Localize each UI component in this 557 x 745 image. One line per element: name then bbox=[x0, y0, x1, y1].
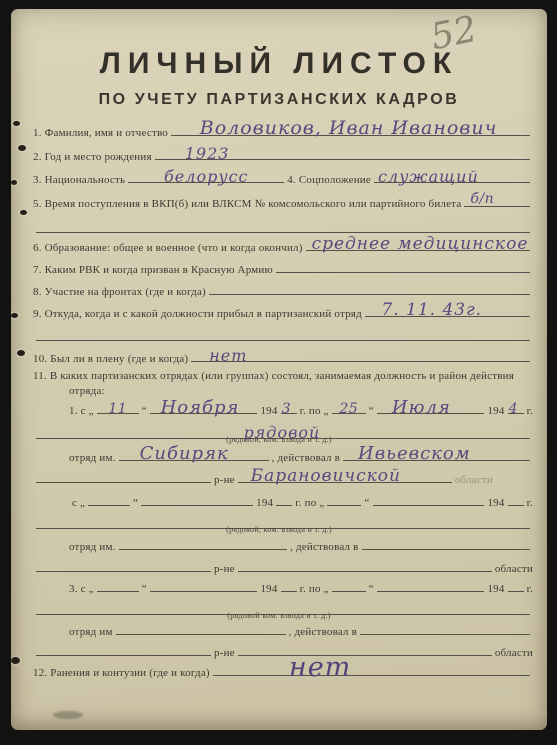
field-wounds-label: 12. Ранения и контузии (где и когда) bbox=[33, 667, 210, 679]
field-arrival-row: 9. Откуда, когда и с какой должности при… bbox=[33, 306, 533, 320]
ruled-line bbox=[97, 581, 139, 592]
ruled-line bbox=[36, 645, 211, 656]
ruled-line bbox=[377, 581, 485, 592]
entry1-district-row: р-не Барановичской области bbox=[33, 472, 533, 486]
field-party-extra-line bbox=[33, 222, 533, 233]
ruled-line: 3 bbox=[281, 403, 297, 414]
entry2-district-row: р-не области bbox=[33, 561, 533, 575]
ruled-line bbox=[332, 581, 366, 592]
entry2-date-row: с „ “ 194 г. по „ “ 194 г. bbox=[33, 495, 533, 509]
entry1-from-year: 3 bbox=[282, 402, 291, 416]
ruled-line: 11 bbox=[97, 403, 139, 414]
ruled-line: Воловиков, Иван Иванович bbox=[171, 125, 530, 136]
ruled-line: 7. 11. 43г. bbox=[365, 306, 530, 317]
entry1-oblast-label: области bbox=[455, 474, 493, 486]
ruled-line bbox=[88, 495, 130, 506]
entry1-from-month: Ноября bbox=[161, 399, 240, 417]
ruled-line: служащий bbox=[374, 172, 530, 183]
entry2-position-caption: (рядовой, ком. взвода и т. д.) bbox=[11, 525, 547, 534]
ruled-line bbox=[150, 581, 258, 592]
field-captivity-value: нет bbox=[209, 348, 247, 364]
entry3-oblast-label: области bbox=[495, 647, 533, 659]
field-party-value: б/п bbox=[470, 192, 494, 206]
ruled-line: нет bbox=[191, 351, 530, 362]
page-title: ЛИЧНЫЙ ЛИСТОК bbox=[11, 47, 547, 81]
page-subtitle: ПО УЧЕТУ ПАРТИЗАНСКИХ КАДРОВ bbox=[11, 91, 547, 109]
field-education-row: 6. Образование: общее и военное (что и к… bbox=[33, 240, 533, 254]
field-rvk-row: 7. Каким РВК и когда призван в Красную А… bbox=[33, 262, 533, 276]
field-education-value: среднее медицинское bbox=[312, 236, 529, 253]
ruled-line bbox=[209, 284, 530, 295]
entry1-district-value: Барановичской bbox=[251, 468, 401, 485]
ruled-line bbox=[360, 624, 530, 635]
ruled-line bbox=[373, 495, 485, 506]
ruled-line bbox=[36, 561, 211, 572]
paper-hole bbox=[11, 180, 17, 185]
field-birth-row: 2. Год и место рождения 1923 bbox=[33, 149, 533, 163]
field-units-heading-line2: отряда: bbox=[33, 385, 533, 397]
entry2-oblast-label: области bbox=[495, 563, 533, 575]
ruled-line bbox=[238, 561, 492, 572]
entry1-unit-row: отряд им. Сибиряк , действовал в Ивьевск… bbox=[33, 450, 533, 464]
field-captivity-row: 10. Был ли в плену (где и когда) нет bbox=[33, 351, 533, 365]
entry1-to-month: Июля bbox=[392, 399, 451, 417]
field-wounds-row: 12. Ранения и контузии (где и когда) нет bbox=[33, 665, 533, 679]
field-fronts-label: 8. Участие на фронтах (где и когда) bbox=[33, 286, 206, 298]
ruled-line bbox=[281, 581, 297, 592]
field-arrival-value: 7. 11. 43г. bbox=[381, 302, 482, 319]
field-party-label: 5. Время поступления в ВКП(б) или ВЛКСМ … bbox=[33, 198, 461, 210]
scan-background: { "page": { "title": "ЛИЧНЫЙ ЛИСТОК", "s… bbox=[0, 0, 557, 745]
paper-hole bbox=[11, 657, 20, 664]
ruled-line bbox=[276, 262, 530, 273]
field-wounds-value: нет bbox=[289, 654, 351, 681]
field-units-heading-line1: 11. В каких партизанских отрядах (или гр… bbox=[33, 370, 533, 382]
ruled-line: нет bbox=[213, 665, 530, 676]
field-birth-label: 2. Год и место рождения bbox=[33, 151, 152, 163]
field-education-label: 6. Образование: общее и военное (что и к… bbox=[33, 242, 303, 254]
paper-hole bbox=[13, 121, 20, 126]
paper-hole bbox=[20, 210, 27, 215]
ruled-line bbox=[119, 539, 287, 550]
ruled-line: 4 bbox=[508, 403, 524, 414]
ruled-line: б/п bbox=[464, 196, 530, 207]
ruled-line: Барановичской bbox=[238, 472, 452, 483]
field-fronts-row: 8. Участие на фронтах (где и когда) bbox=[33, 284, 533, 298]
field-party-row: 5. Время поступления в ВКП(б) или ВЛКСМ … bbox=[33, 196, 533, 210]
paper-smudge bbox=[53, 711, 83, 719]
paper-hole bbox=[18, 145, 26, 151]
ruled-line: 25 bbox=[332, 403, 366, 414]
ruled-line bbox=[36, 222, 530, 233]
ruled-line bbox=[276, 495, 292, 506]
entry3-index: 3. bbox=[69, 583, 78, 595]
field-surname-label: 1. Фамилия, имя и отчество bbox=[33, 127, 168, 139]
ruled-line: Июля bbox=[377, 403, 485, 414]
ruled-line bbox=[508, 581, 524, 592]
field-birth-value: 1923 bbox=[185, 146, 230, 162]
entry2-unit-row: отряд им. , действовал в bbox=[33, 539, 533, 553]
entry1-to-day: 25 bbox=[339, 402, 358, 416]
ruled-line: Ивьевском bbox=[343, 450, 530, 461]
paper-hole bbox=[11, 313, 18, 318]
ruled-line bbox=[141, 495, 253, 506]
field-surname-value: Воловиков, Иван Иванович bbox=[200, 119, 498, 138]
ruled-line bbox=[362, 539, 530, 550]
entry1-to-year: 4 bbox=[509, 402, 518, 416]
field-rvk-label: 7. Каким РВК и когда призван в Красную А… bbox=[33, 264, 273, 276]
entry1-from-day: 11 bbox=[108, 402, 127, 416]
entry3-district-row: р-не области bbox=[33, 645, 533, 659]
ruled-line bbox=[327, 495, 361, 506]
ruled-line: среднее медицинское bbox=[306, 240, 530, 251]
field-captivity-label: 10. Был ли в плену (где и когда) bbox=[33, 353, 188, 365]
ruled-line bbox=[36, 472, 211, 483]
entry1-acted-in: Ивьевском bbox=[358, 445, 471, 463]
ruled-line bbox=[238, 645, 492, 656]
field-social-label: 4. Соцположение bbox=[287, 174, 371, 186]
entry3-position-caption: (рядовой ком. взвода и т. д.) bbox=[11, 611, 547, 620]
document-page: ЛИЧНЫЙ ЛИСТОК 52 ПО УЧЕТУ ПАРТИЗАНСКИХ К… bbox=[11, 9, 547, 730]
field-nationality-row: 3. Национальность белорусс 4. Соцположен… bbox=[33, 172, 533, 186]
field-nationality-label: 3. Национальность bbox=[33, 174, 125, 186]
ruled-line bbox=[36, 330, 530, 341]
ruled-line bbox=[508, 495, 524, 506]
field-surname-row: 1. Фамилия, имя и отчество Воловиков, Ив… bbox=[33, 125, 533, 139]
ruled-line: Ноября bbox=[150, 403, 258, 414]
entry1-date-row: 1. с „ 11 “ Ноября 194 3 г. по „ 25 “ Ию… bbox=[33, 403, 533, 417]
ruled-line: белорусс bbox=[128, 172, 284, 183]
field-nationality-value: белорусс bbox=[164, 169, 249, 185]
field-arrival-label: 9. Откуда, когда и с какой должности при… bbox=[33, 308, 362, 320]
ruled-line bbox=[116, 624, 286, 635]
field-arrival-extra-line bbox=[33, 330, 533, 341]
entry1-index: 1. bbox=[69, 405, 78, 417]
entry3-date-row: 3. с „ “ 194 г. по „ “ 194 г. bbox=[33, 581, 533, 595]
ruled-line: Сибиряк bbox=[119, 450, 269, 461]
field-social-value: служащий bbox=[378, 169, 479, 185]
entry1-unit-name: Сибиряк bbox=[140, 445, 229, 463]
entry3-unit-row: отряд им , действовал в bbox=[33, 624, 533, 638]
paper-hole bbox=[17, 350, 25, 356]
ruled-line: 1923 bbox=[155, 149, 530, 160]
